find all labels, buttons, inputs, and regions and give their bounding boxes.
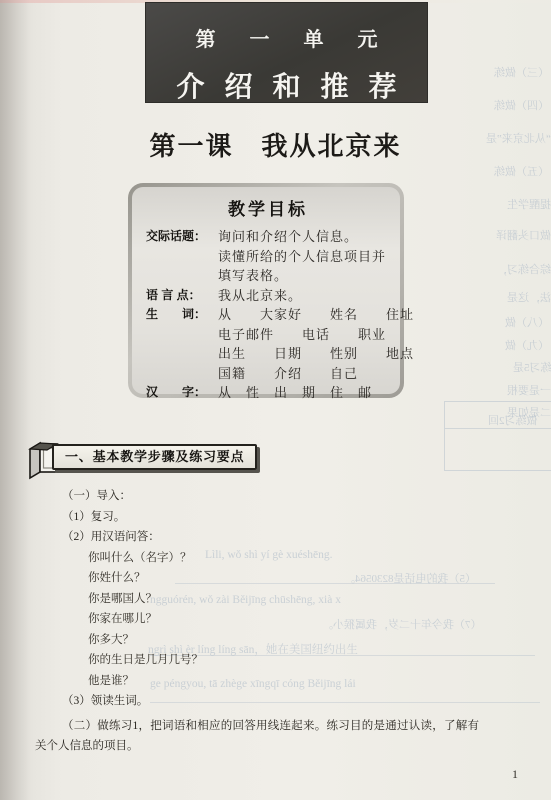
body-paragraph: （二）做练习1，把词语和相应的回答用线连起来。练习目的是通过认读，了解有关个人信… [35,716,479,757]
body-line-question: 你叫什么（名字）？ [35,548,479,569]
objectives-row-characters: 汉 字： 从 性 出 期 住 邮 [146,383,390,403]
bleedthrough-text: （三）做练 [494,64,549,80]
objectives-row-new-words: 生 词： 从 大家好 姓名 住址 电子邮件 电话 职业 出生 日期 性别 地点 … [146,305,390,383]
body-line-question: 他是谁？ [35,671,479,692]
body-line-question: 你的生日是几月几号？ [35,650,479,671]
bleedthrough-table [444,401,551,471]
page-binding-shadow [0,0,30,800]
objectives-row-value: 国籍 介绍 自己 [218,364,414,384]
bleedthrough-text: 练习5是 [513,359,551,375]
section-header: 一、基本教学步骤及练习要点 [52,444,257,470]
bleedthrough-text: 提醒学生 [507,196,551,212]
objectives-row-value: 我从北京来。 [218,286,390,306]
objectives-row-label: 生 词： [146,305,218,325]
bleedthrough-text: （四）做练 [494,97,549,113]
objectives-row-language-point: 语 言 点： 我从北京来。 [146,286,390,306]
body-line-question: 你多大？ [35,630,479,651]
objectives-row-label: 语 言 点： [146,286,218,306]
objectives-row-value: 出生 日期 性别 地点 [218,344,414,364]
bleedthrough-text: 法，这是 [507,289,551,305]
page-number: 1 [512,767,518,782]
lesson-title: 第一课 我从北京来 [0,126,551,163]
objectives-row-label: 汉 字： [146,383,218,403]
unit-banner: 第一单元 介绍和推荐 [146,3,427,102]
bleedthrough-text: （八）做 [505,314,549,330]
bleedthrough-text: 综合练习， [496,261,551,277]
objectives-box: 教学目标 交际话题： 询问和介绍个人信息。 读懂所给的个人信息项目并 填写表格。… [128,183,404,398]
objectives-title: 教学目标 [146,195,390,220]
body-line: （2）用汉语问答： [35,527,479,548]
objectives-row-topic: 交际话题： 询问和介绍个人信息。 读懂所给的个人信息项目并 填写表格。 [146,227,390,286]
body-line: （一）导入： [35,486,479,507]
unit-number: 第一单元 [146,23,427,52]
bleedthrough-text: 做口头翻译 [496,227,551,243]
scanned-textbook-page: （三）做练 （四）做练 “从北京来”是 （五）做练 提醒学生 做口头翻译 综合练… [0,0,551,800]
objectives-row-value: 填写表格。 [218,266,390,286]
objectives-box-inner: 教学目标 交际话题： 询问和介绍个人信息。 读懂所给的个人信息项目并 填写表格。… [132,187,400,394]
objectives-row-value: 从 性 出 期 住 邮 [218,383,390,403]
body-line: （1）复习。 [35,507,479,528]
bleedthrough-text: 一是要根 [507,382,551,398]
bleedthrough-text: （五）做练 [494,163,549,179]
bleedthrough-text: （九）做 [505,337,549,353]
objectives-row-value: 询问和介绍个人信息。 [218,227,390,247]
body-line-question: 你是哪国人？ [35,589,479,610]
unit-title: 介绍和推荐 [146,65,427,105]
objectives-row-value: 电子邮件 电话 职业 [218,325,414,345]
body-line: （3）领读生词。 [35,691,479,712]
body-line-question: 你姓什么？ [35,568,479,589]
body-line-question: 你家在哪儿？ [35,609,479,630]
objectives-row-value: 读懂所给的个人信息项目并 [218,247,390,267]
objectives-row-label: 交际话题： [146,227,218,247]
body-text: （一）导入： （1）复习。 （2）用汉语问答： 你叫什么（名字）？ 你姓什么？ … [35,486,479,757]
objectives-row-value: 从 大家好 姓名 住址 [218,305,414,325]
